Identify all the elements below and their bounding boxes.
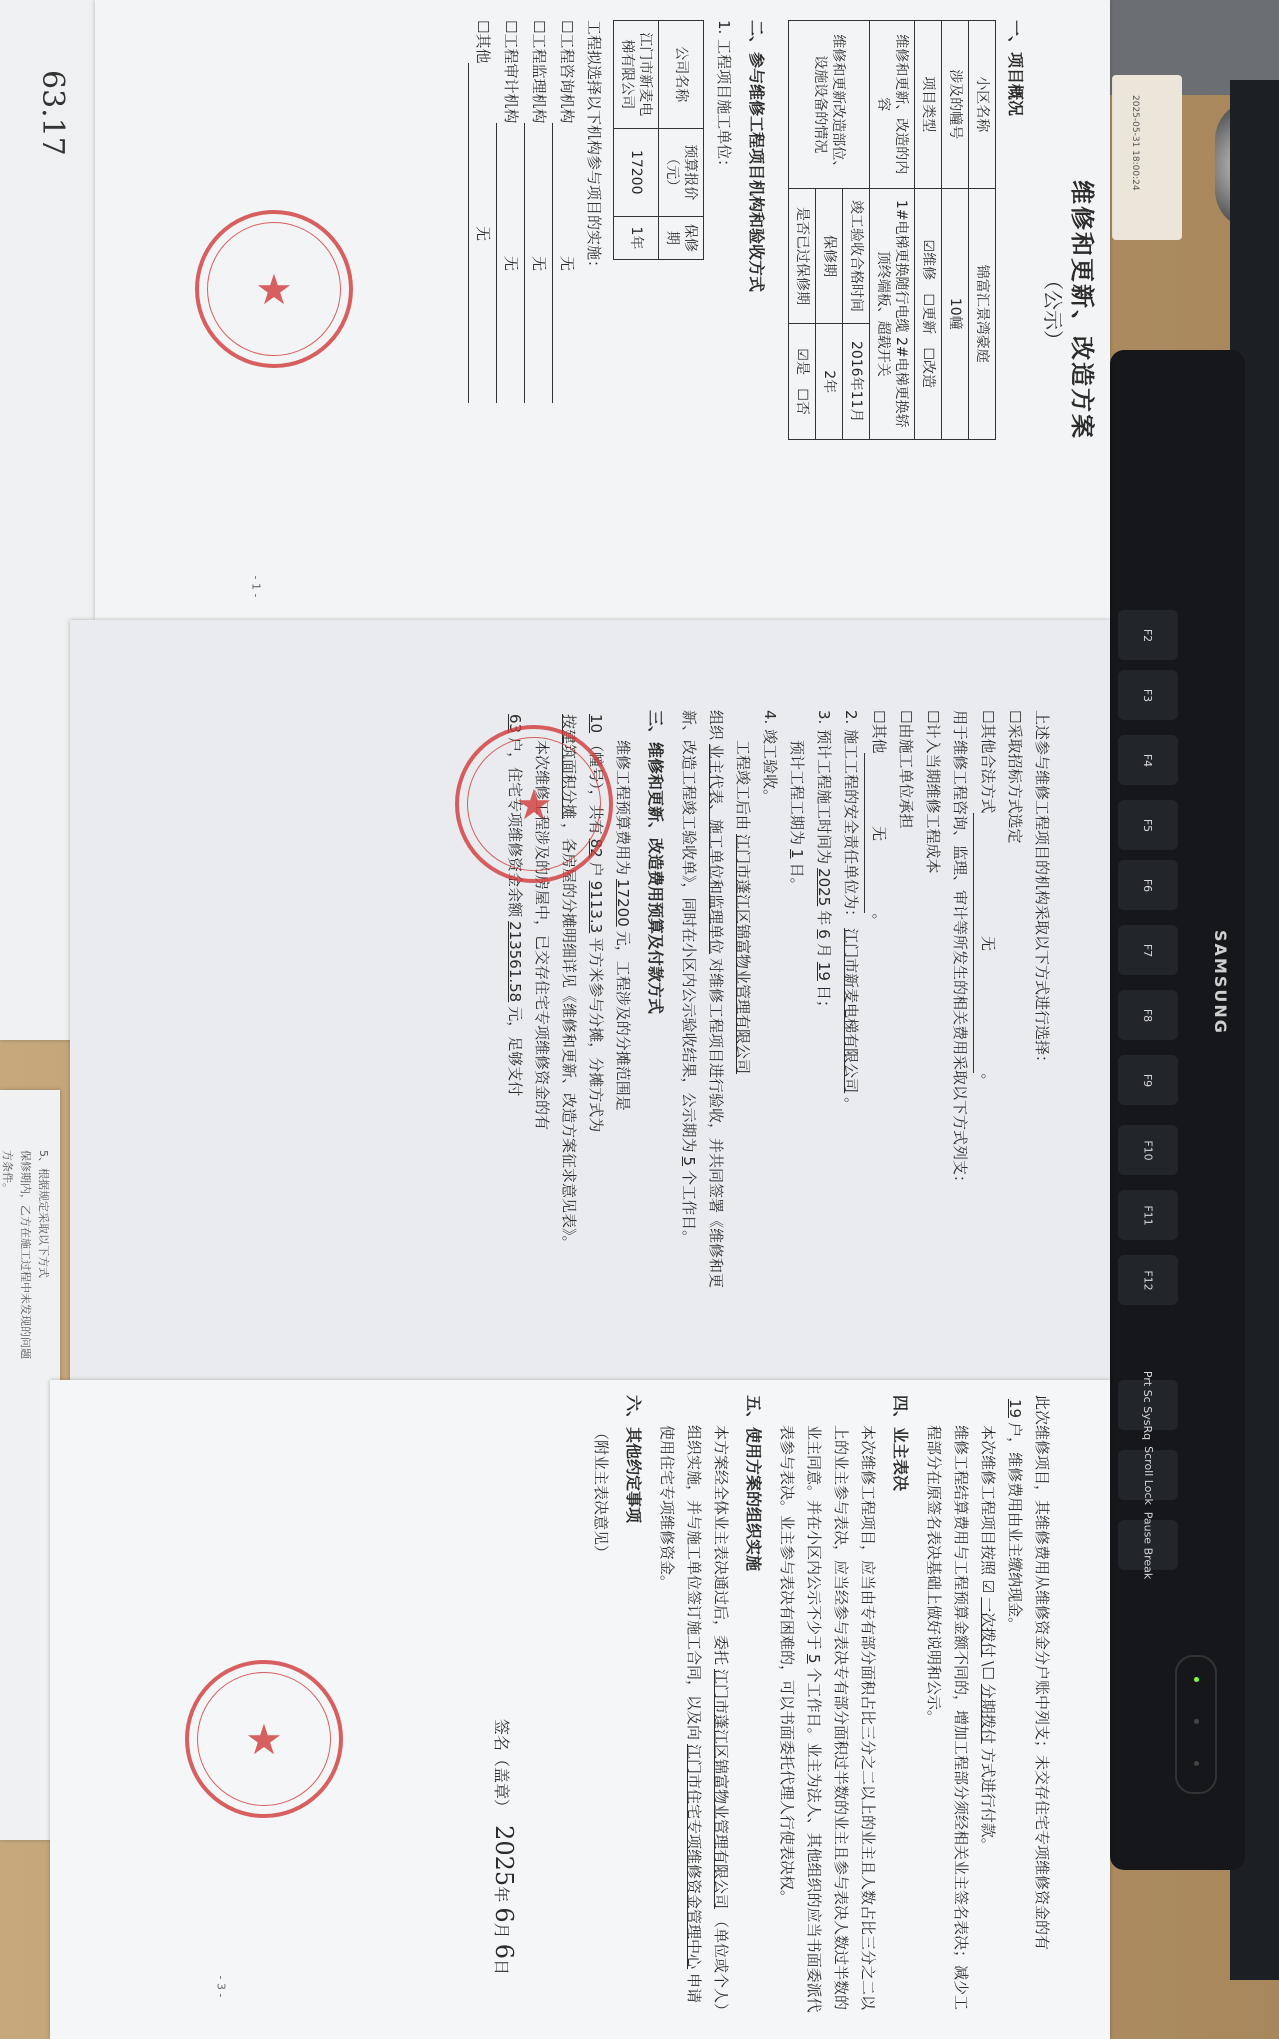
- community-name: 锦富汇景湾豪庭: [969, 188, 996, 439]
- start-day: 19: [815, 958, 833, 985]
- checkbox-checked-icon[interactable]: ☑: [794, 348, 810, 361]
- section-1-heading: 一、项目概况: [1002, 20, 1029, 600]
- led-panel: [1175, 1655, 1217, 1794]
- acceptance-parties: 业主代表、施工单位和监理单位: [707, 740, 725, 958]
- checkbox-icon[interactable]: ☐: [502, 20, 520, 33]
- checkbox-icon[interactable]: ☐: [870, 710, 888, 723]
- publicity-days: 5: [680, 1153, 698, 1171]
- page-number: - 3 -: [214, 1976, 227, 1998]
- warranty-expired: ☑是 ☐否: [789, 324, 816, 440]
- contractor-quote: 17200: [614, 128, 659, 216]
- total-area: 9113.3: [587, 877, 605, 938]
- key-f9: F9: [1118, 1055, 1178, 1105]
- key-f11: F11: [1118, 1190, 1178, 1240]
- receipt-text: 2025-05-31 18:00:24: [1130, 95, 1140, 191]
- section-6-heading: 六、其他约定事项: [620, 1395, 647, 2015]
- page-1: 维修和更新、改造方案 （公示） 一、项目概况 小区名称锦富汇景湾豪庭 涉及的幢号…: [95, 0, 1110, 620]
- checkbox-icon[interactable]: ☐: [794, 388, 810, 401]
- acceptance-org: 江门市蓬江区锦富物业管理有限公司: [734, 830, 752, 1078]
- checkbox-icon[interactable]: ☐: [897, 710, 915, 723]
- building-number: 10幢: [942, 188, 969, 439]
- key-f2: F2: [1118, 610, 1178, 660]
- publicity-days: 5: [805, 1650, 823, 1668]
- handwritten-note: 63.17: [35, 70, 70, 156]
- project-info-table: 小区名称锦富汇景湾豪庭 涉及的幢号10幢 项目类型 ☑维修 ☐更新 ☐改造 维修…: [788, 20, 996, 440]
- keyboard-brand: SAMSUNG: [1211, 930, 1230, 1035]
- repair-content: 1#电梯更换随行电缆 2#电梯更换轿顶终端板、超载开关: [870, 188, 915, 439]
- keyboard: [1110, 350, 1245, 1870]
- checkbox-icon[interactable]: ☐: [530, 20, 548, 33]
- page-1-content: 维修和更新、改造方案 （公示） 一、项目概况 小区名称锦富汇景湾豪庭 涉及的幢号…: [468, 20, 1095, 600]
- checkbox-checked-icon[interactable]: ☑: [920, 240, 936, 253]
- caps-lock-led-icon: [1194, 1719, 1199, 1724]
- building-range: 10: [587, 710, 605, 737]
- org-other: ☐其他无: [468, 20, 496, 600]
- key-scroll-lock: Scroll Lock: [1118, 1450, 1178, 1500]
- completion-date: 2016年11月: [843, 324, 870, 440]
- paper-roll: [1112, 75, 1182, 240]
- project-type: ☑维修 ☐更新 ☐改造: [915, 188, 942, 439]
- work-period: 1: [788, 845, 806, 863]
- start-year: 2025: [815, 864, 833, 910]
- document-title: 维修和更新、改造方案: [1068, 20, 1095, 600]
- budget-amount: 17200: [614, 875, 632, 931]
- page-2: 上述参与维修工程项目的机构采取以下方式进行选择： ☐采取招标方式选定 ☐其他合法…: [70, 620, 1110, 1380]
- official-seal-icon: ★: [195, 210, 353, 368]
- document-subtitle: （公示）: [1039, 20, 1066, 600]
- official-seal-icon: ★: [185, 1660, 343, 1818]
- section-5-heading: 五、使用方案的组织实施: [740, 1395, 767, 2015]
- section-2-heading: 二、参与维修工程项目机构和验收方式: [743, 20, 770, 600]
- page-3: 此次维修项目，其维修费用从维修资金分户账中列支；未交存住宅专项维修资金的有 19…: [50, 1380, 1110, 2039]
- key-f4: F4: [1118, 735, 1178, 785]
- section-4-heading: 四、业主表决: [887, 1395, 914, 2015]
- unpaid-households: 19: [1006, 1395, 1024, 1422]
- page-3-content: 此次维修项目，其维修费用从维修资金分户账中列支；未交存住宅专项维修资金的有 19…: [488, 1395, 1055, 2015]
- start-month: 6: [815, 925, 833, 943]
- key-prt-sc-sysrq: Prt Sc SysRq: [1118, 1380, 1178, 1430]
- checkbox-icon[interactable]: ☐: [979, 1666, 997, 1679]
- page-number: - 1 -: [249, 576, 262, 598]
- scroll-lock-led-icon: [1194, 1761, 1199, 1766]
- key-f6: F6: [1118, 860, 1178, 910]
- section-3-heading: 三、维修和更新、改造费用预算及付款方式: [642, 710, 669, 1290]
- key-pause-break: Pause Break: [1118, 1520, 1178, 1570]
- key-f7: F7: [1118, 925, 1178, 975]
- checkbox-icon[interactable]: ☐: [558, 20, 576, 33]
- contractor-warranty: 1年: [614, 216, 659, 259]
- implementing-org: 江门市蓬江区锦富物业管理有限公司: [712, 1665, 730, 1913]
- org-audit: ☐工程审计机构无: [496, 20, 524, 600]
- num-lock-led-icon: [1194, 1677, 1199, 1682]
- warranty-period: 2年: [816, 324, 843, 440]
- checkbox-icon[interactable]: ☐: [1006, 710, 1024, 723]
- safety-unit: 江门市新麦电梯有限公司: [842, 924, 860, 1097]
- checkbox-icon[interactable]: ☐: [924, 710, 942, 723]
- contractor-table: 公司名称预算报价（元）保修期 江门市新麦电梯有限公司172001年: [613, 20, 704, 260]
- signature-date: 签名（盖章） 2025年 6月 6日: [488, 1395, 517, 2015]
- key-f10: F10: [1118, 1125, 1178, 1175]
- org-consulting: ☐工程咨询机构无: [552, 20, 580, 600]
- key-f8: F8: [1118, 990, 1178, 1040]
- fund-balance: 213561.58: [506, 917, 524, 1006]
- checkbox-icon[interactable]: ☐: [979, 710, 997, 723]
- checkbox-icon[interactable]: ☐: [474, 20, 492, 33]
- checkbox-icon[interactable]: ☐: [920, 294, 936, 307]
- checkbox-checked-icon[interactable]: ☑: [979, 1580, 997, 1593]
- official-seal-icon: ★: [455, 725, 613, 883]
- checkbox-icon[interactable]: ☐: [920, 347, 936, 360]
- contractor-name: 江门市新麦电梯有限公司: [614, 21, 659, 129]
- side-paper-text: 5、根据规定采取以下方式 保修期内，乙方在施工过程中未发现的问题 方条件。: [0, 1150, 52, 1870]
- key-f3: F3: [1118, 670, 1178, 720]
- key-f5: F5: [1118, 800, 1178, 850]
- key-f12: F12: [1118, 1255, 1178, 1305]
- fund-center: 江门市住宅专项维修资金管理中心: [685, 1740, 703, 1973]
- org-supervision: ☐工程监理机构无: [524, 20, 552, 600]
